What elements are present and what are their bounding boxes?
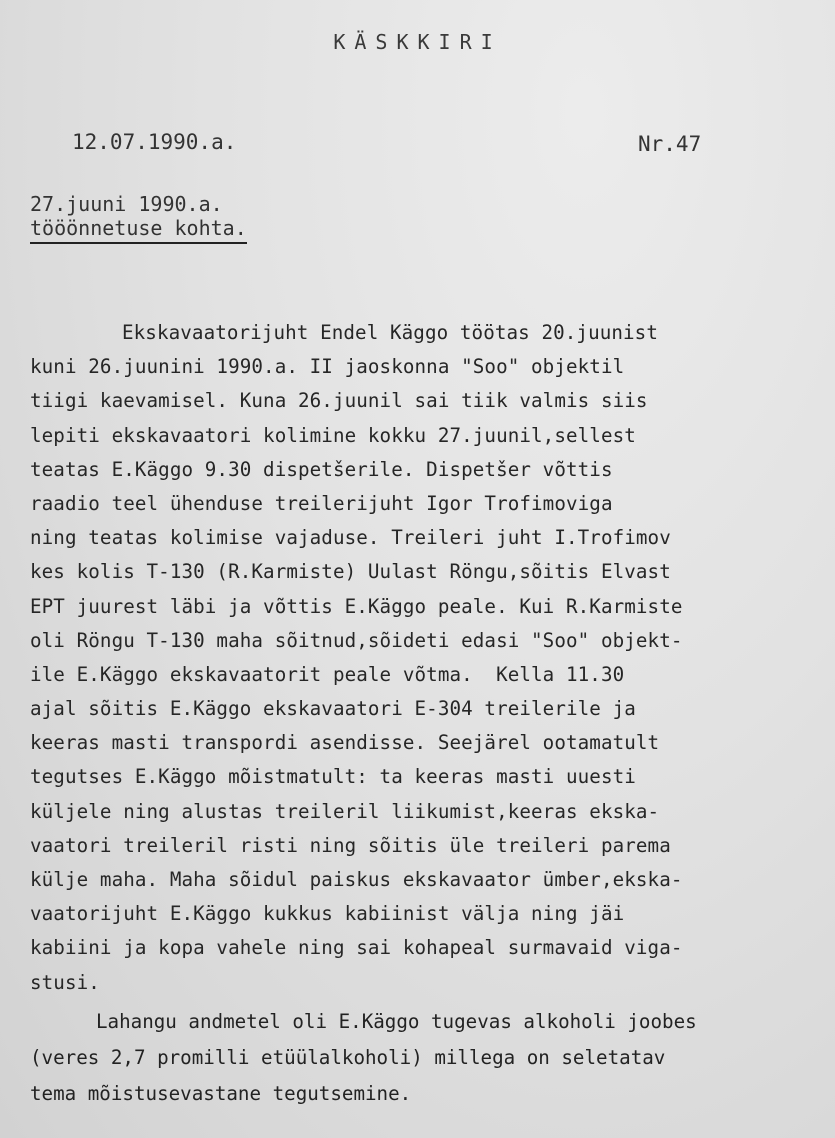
text-line: kabiini ja kopa vahele ning sai kohapeal… — [30, 931, 820, 965]
text-line: ile E.Käggo ekskavaatorit peale võtma. K… — [30, 658, 820, 692]
text-line: tegutses E.Käggo mõistmatult: ta keeras … — [30, 760, 820, 794]
document-number: Nr.47 — [638, 132, 701, 156]
text-line: stusi. — [30, 966, 820, 1000]
text-line: küljele ning alustas treileril liikumist… — [30, 795, 820, 829]
text-line: tema mõistusevastane tegutsemine. — [30, 1076, 830, 1112]
text-line: raadio teel ühenduse treilerijuht Igor T… — [30, 487, 820, 521]
paragraph-incident: Ekskavaatorijuht Endel Käggo töötas 20.j… — [30, 316, 820, 1000]
document-subject: 27.juuni 1990.a. tööönnetuse kohta. — [30, 192, 247, 244]
text-line: tiigi kaevamisel. Kuna 26.juunil sai tii… — [30, 384, 820, 418]
text-line: kes kolis T-130 (R.Karmiste) Uulast Röng… — [30, 555, 820, 589]
text-line: vaatori treileril risti ning sõitis üle … — [30, 829, 820, 863]
subject-date: 27.juuni 1990.a. — [30, 192, 247, 216]
text-line: vaatorijuht E.Käggo kukkus kabiinist väl… — [30, 897, 820, 931]
document-title: KÄSKKIRI — [0, 30, 835, 54]
text-line: Lahangu andmetel oli E.Käggo tugevas alk… — [30, 1004, 830, 1040]
text-line: EPT juurest läbi ja võttis E.Käggo peale… — [30, 590, 820, 624]
text-line: lepiti ekskavaatori kolimine kokku 27.ju… — [30, 419, 820, 453]
document-page: KÄSKKIRI 12.07.1990.a. Nr.47 27.juuni 19… — [0, 0, 835, 1138]
text-line: Ekskavaatorijuht Endel Käggo töötas 20.j… — [30, 316, 820, 350]
text-line: keeras masti transpordi asendisse. Seejä… — [30, 726, 820, 760]
subject-heading: tööönnetuse kohta. — [30, 216, 247, 244]
paragraph-autopsy: Lahangu andmetel oli E.Käggo tugevas alk… — [30, 1004, 830, 1112]
text-line: ning teatas kolimise vajaduse. Treileri … — [30, 521, 820, 555]
text-line: külje maha. Maha sõidul paiskus ekskavaa… — [30, 863, 820, 897]
document-date: 12.07.1990.a. — [72, 130, 236, 154]
text-line: kuni 26.juunini 1990.a. II jaoskonna "So… — [30, 350, 820, 384]
text-line: oli Röngu T-130 maha sõitnud,sõideti eda… — [30, 624, 820, 658]
text-line: ajal sõitis E.Käggo ekskavaatori E-304 t… — [30, 692, 820, 726]
text-line: (veres 2,7 promilli etüülalkoholi) mille… — [30, 1040, 830, 1076]
text-line: teatas E.Käggo 9.30 dispetšerile. Dispet… — [30, 453, 820, 487]
bleed-through-text — [40, 8, 587, 28]
